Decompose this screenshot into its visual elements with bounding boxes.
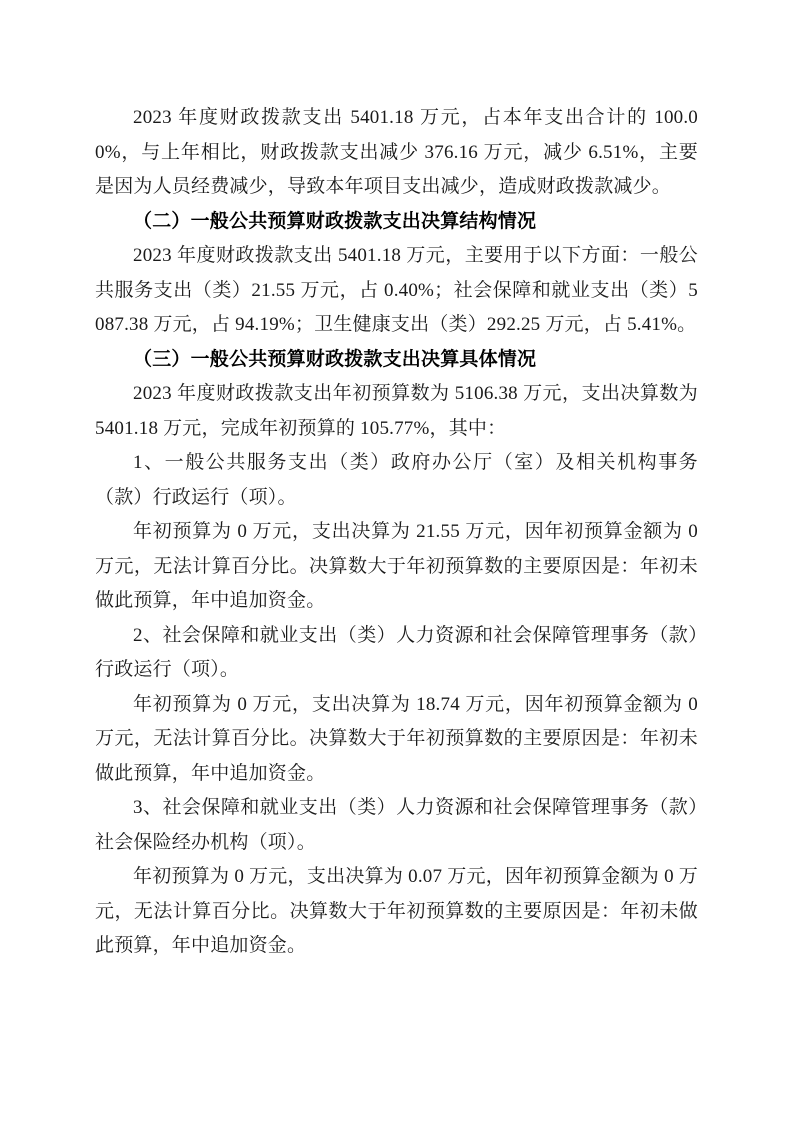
item-2-detail: 年初预算为 0 万元，支出决算为 18.74 万元，因年初预算金额为 0 万元，… (95, 688, 698, 792)
paragraph-fiscal-expenditure-summary: 2023 年度财政拨款支出 5401.18 万元，占本年支出合计的 100.00… (95, 101, 698, 205)
item-3-detail: 年初预算为 0 万元，支出决算为 0.07 万元，因年初预算金额为 0 万元，无… (95, 860, 698, 964)
section-heading-2-expenditure-structure: （二）一般公共预算财政拨款支出决算结构情况 (95, 205, 698, 240)
document-body: 2023 年度财政拨款支出 5401.18 万元，占本年支出合计的 100.00… (95, 101, 698, 964)
paragraph-expenditure-structure-detail: 2023 年度财政拨款支出 5401.18 万元，主要用于以下方面：一般公共服务… (95, 239, 698, 343)
item-1-title-general-public-services: 1、一般公共服务支出（类）政府办公厅（室）及相关机构事务（款）行政运行（项）。 (95, 446, 698, 515)
item-2-title-social-security-admin: 2、社会保障和就业支出（类）人力资源和社会保障管理事务（款）行政运行（项）。 (95, 619, 698, 688)
item-3-title-social-insurance-agency: 3、社会保障和就业支出（类）人力资源和社会保障管理事务（款）社会保险经办机构（项… (95, 791, 698, 860)
item-1-detail: 年初预算为 0 万元，支出决算为 21.55 万元，因年初预算金额为 0 万元，… (95, 515, 698, 619)
paragraph-budget-vs-final-summary: 2023 年度财政拨款支出年初预算数为 5106.38 万元，支出决算数为 54… (95, 377, 698, 446)
section-heading-3-expenditure-specifics: （三）一般公共预算财政拨款支出决算具体情况 (95, 343, 698, 378)
document-page: 2023 年度财政拨款支出 5401.18 万元，占本年支出合计的 100.00… (0, 0, 793, 1122)
